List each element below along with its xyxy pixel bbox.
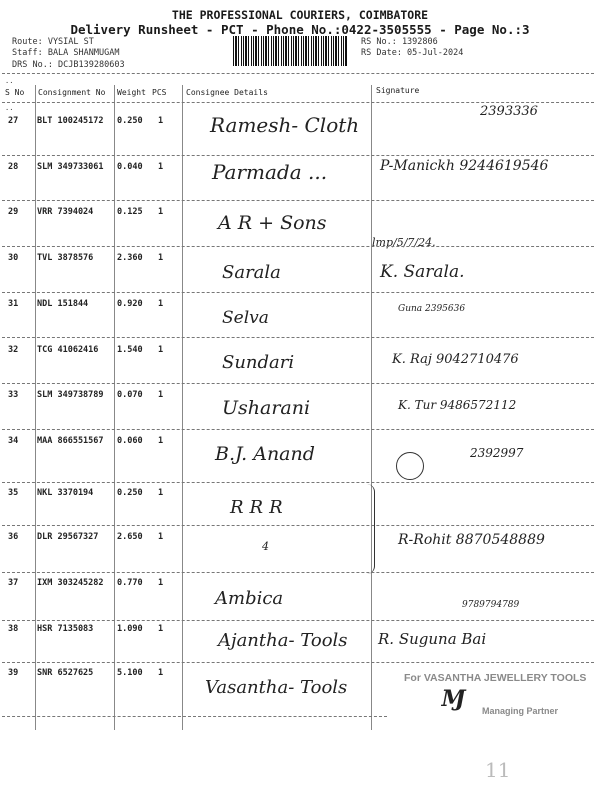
row-weight: 0.250 <box>117 488 143 498</box>
row-weight: 0.070 <box>117 390 143 400</box>
company-stamp-title: Managing Partner <box>482 706 558 716</box>
row-consignee: Ajantha- Tools <box>218 630 348 651</box>
row-divider <box>2 482 594 483</box>
row-weight: 1.090 <box>117 624 143 634</box>
runsheet-subtitle: Delivery Runsheet - PCT - Phone No.:0422… <box>0 22 600 37</box>
drs-number: DRS No.: DCJB139280603 <box>12 60 125 70</box>
row-pcs: 1 <box>158 299 163 309</box>
row-consignee: RRR <box>230 497 289 518</box>
row-weight: 2.650 <box>117 532 143 542</box>
row-consignee: Ramesh- Cloth <box>210 113 359 137</box>
header-consignee: Consignee Details <box>186 88 268 97</box>
row-consignee: 4 <box>262 540 269 553</box>
row-signature: P-Manickh 9244619546 <box>380 158 548 174</box>
column-divider <box>182 85 183 730</box>
row-divider <box>2 246 594 247</box>
row-sno: 29 <box>8 207 18 217</box>
row-divider <box>2 620 594 621</box>
row-pcs: 1 <box>158 345 163 355</box>
row-sno: 35 <box>8 488 18 498</box>
row-sno: 30 <box>8 253 18 263</box>
row-sno: 38 <box>8 624 18 634</box>
bracket-mark <box>366 484 375 574</box>
column-divider <box>35 85 36 730</box>
row-pcs: 1 <box>158 578 163 588</box>
row-signature: 2393336 <box>480 104 538 119</box>
row-consignee: Ambica <box>215 588 283 609</box>
page-mark: 11 <box>485 758 510 782</box>
row-divider <box>2 572 594 573</box>
row-pcs: 1 <box>158 253 163 263</box>
row-weight: 0.060 <box>117 436 143 446</box>
column-divider <box>114 85 115 730</box>
row-sno: 36 <box>8 532 18 542</box>
row-sno: 34 <box>8 436 18 446</box>
row-consignment: MAA 866551567 <box>37 436 104 446</box>
row-consignee: Sarala <box>222 262 281 283</box>
row-pcs: 1 <box>158 116 163 126</box>
row-consignee: Selva <box>222 308 269 328</box>
header-sno: S No <box>5 88 24 97</box>
company-stamp-name: For VASANTHA JEWELLERY TOOLS <box>404 672 586 684</box>
row-weight: 0.770 <box>117 578 143 588</box>
row-sno: 31 <box>8 299 18 309</box>
column-divider <box>371 85 372 730</box>
header-pcs: PCS <box>152 88 166 97</box>
row-consignment: BLT 100245172 <box>37 116 104 126</box>
row-signature: 2392997 <box>470 446 523 460</box>
row-signature: K. Raj 9042710476 <box>392 352 519 367</box>
row-sno: 33 <box>8 390 18 400</box>
row-sno: 28 <box>8 162 18 172</box>
row-consignment: IXM 303245282 <box>37 578 104 588</box>
row-signature: lmp/5/7/24. <box>372 236 436 249</box>
row-consignee: Sundari <box>222 352 294 373</box>
row-weight: 2.360 <box>117 253 143 263</box>
company-title: THE PROFESSIONAL COURIERS, COIMBATORE <box>0 8 600 22</box>
header-divider <box>2 102 594 103</box>
row-pcs: 1 <box>158 624 163 634</box>
row-divider <box>2 525 594 526</box>
rs-date: RS Date: 05-Jul-2024 <box>361 48 463 58</box>
row-pcs: 1 <box>158 488 163 498</box>
row-consignment: NDL 151844 <box>37 299 88 309</box>
header-weight: Weight <box>117 88 146 97</box>
row-consignee: B.J. Anand <box>215 443 315 465</box>
row-consignment: HSR 7135083 <box>37 624 93 634</box>
divider-mark: .. <box>5 104 13 112</box>
row-signature: 9789794789 <box>462 600 519 610</box>
row-divider <box>2 383 594 384</box>
row-divider <box>2 292 594 293</box>
row-pcs: 1 <box>158 436 163 446</box>
row-divider <box>2 155 594 156</box>
row-signature: Guna 2395636 <box>398 304 465 314</box>
row-sno: 27 <box>8 116 18 126</box>
row-weight: 1.540 <box>117 345 143 355</box>
row-divider <box>2 429 594 430</box>
row-sno: 32 <box>8 345 18 355</box>
row-consignment: DLR 29567327 <box>37 532 98 542</box>
signature-circle-mark <box>396 452 424 480</box>
row-consignee: A R + Sons <box>218 212 327 234</box>
divider-mark: .. <box>5 77 13 85</box>
row-signature: R-Rohit 8870548889 <box>398 532 545 548</box>
row-consignment: TCG 41062416 <box>37 345 98 355</box>
row-signature: K. Tur 9486572112 <box>398 398 516 412</box>
row-weight: 0.250 <box>117 116 143 126</box>
row-signature: K. Sarala. <box>380 262 465 282</box>
row-pcs: 1 <box>158 532 163 542</box>
row-weight: 0.920 <box>117 299 143 309</box>
row-divider <box>2 716 387 717</box>
stamp-signature-scribble: Ɱ <box>440 686 464 712</box>
header-signature: Signature <box>376 86 419 95</box>
row-pcs: 1 <box>158 668 163 678</box>
row-consignee: Usharani <box>222 397 310 419</box>
row-consignment: SNR 6527625 <box>37 668 93 678</box>
row-consignee: Vasantha- Tools <box>205 677 347 698</box>
row-consignment: VRR 7394024 <box>37 207 93 217</box>
row-weight: 5.100 <box>117 668 143 678</box>
row-divider <box>2 662 594 663</box>
divider <box>2 73 594 74</box>
row-consignment: SLM 349733061 <box>37 162 104 172</box>
staff-label: Staff: BALA SHANMUGAM <box>12 48 119 58</box>
rs-number: RS No.: 1392806 <box>361 37 438 47</box>
row-sno: 39 <box>8 668 18 678</box>
row-pcs: 1 <box>158 207 163 217</box>
row-weight: 0.125 <box>117 207 143 217</box>
row-divider <box>2 337 594 338</box>
row-sno: 37 <box>8 578 18 588</box>
row-consignment: SLM 349738789 <box>37 390 104 400</box>
row-pcs: 1 <box>158 162 163 172</box>
row-consignment: TVL 3878576 <box>37 253 93 263</box>
barcode <box>233 36 348 66</box>
row-signature: R. Suguna Bai <box>378 630 486 648</box>
row-consignment: NKL 3370194 <box>37 488 93 498</box>
row-divider <box>2 200 594 201</box>
row-pcs: 1 <box>158 390 163 400</box>
route-label: Route: VYSIAL ST <box>12 37 94 47</box>
row-weight: 0.040 <box>117 162 143 172</box>
row-consignee: Parmada ... <box>212 160 327 184</box>
header-consignment: Consignment No <box>38 88 105 97</box>
